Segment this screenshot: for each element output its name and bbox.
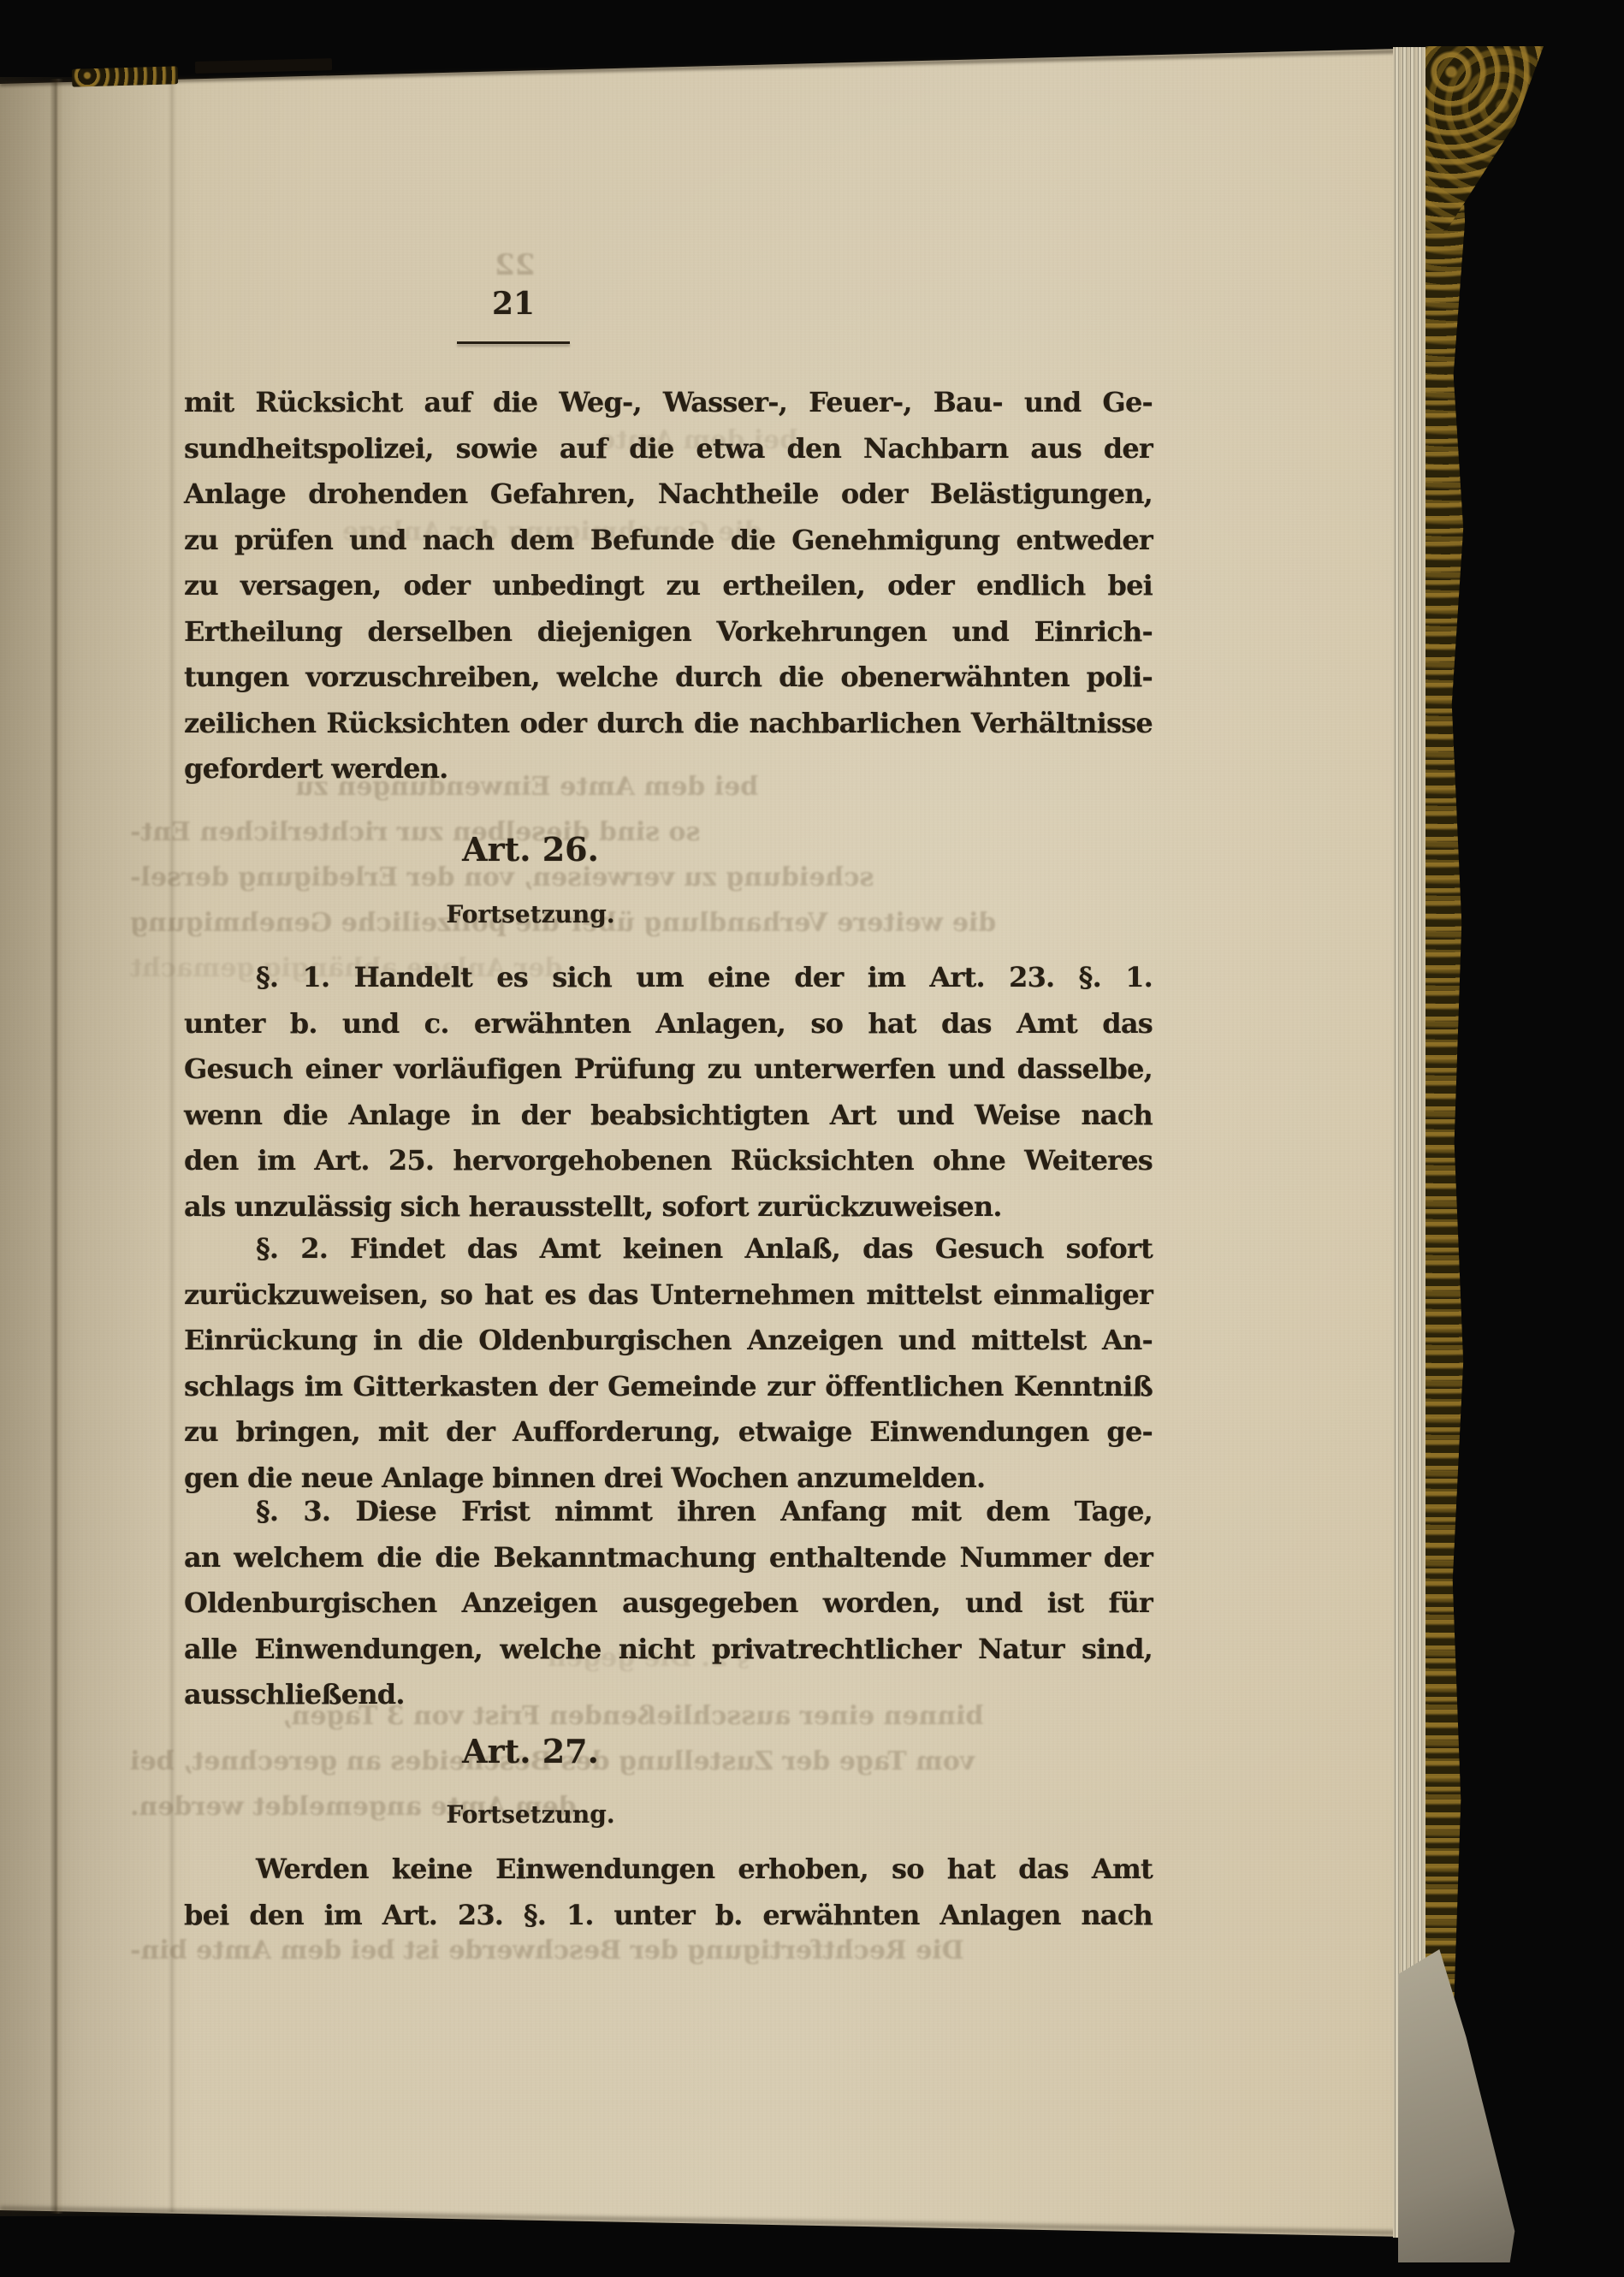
text-line: Werden keine Einwendungen erhoben, so ha… (184, 1847, 1153, 1893)
marbled-cover-edge (1425, 46, 1467, 2238)
text-line: zu versagen, oder unbedingt zu ertheilen… (184, 563, 1153, 609)
text-line: mit Rücksicht auf die Weg-, Wasser-, Feu… (184, 380, 1153, 426)
article-27-heading: Art. 27. (184, 1732, 877, 1770)
gutter-crease-secondary (168, 77, 176, 2212)
text-line: bei den im Art. 23. §. 1. unter b. erwäh… (184, 1893, 1153, 1939)
text-line: §. 3. Diese Frist nimmt ihren Anfang mit… (184, 1489, 1153, 1535)
page-number: 21 (184, 286, 843, 322)
text-line: den im Art. 25. hervorgehobenen Rücksich… (184, 1138, 1153, 1184)
cover-edge-fragment (195, 58, 332, 74)
text-line: Anlage drohenden Gefahren, Nachtheile od… (184, 471, 1153, 518)
section-3-paragraph: §. 3. Diese Frist nimmt ihren Anfang mit… (184, 1489, 1153, 1718)
text-line: ausschließend. (184, 1672, 1153, 1718)
text-line: alle Einwendungen, welche nicht privatre… (184, 1627, 1153, 1673)
text-line: sundheitspolizei, sowie auf die etwa den… (184, 426, 1153, 472)
article-26-subheading: Fortsetzung. (184, 900, 877, 928)
text-line: an welchem die die Bekanntmachung enthal… (184, 1535, 1153, 1581)
text-line: zeilichen Rücksichten oder durch die nac… (184, 701, 1153, 747)
marbled-cover-corner (1425, 46, 1544, 230)
section-2-paragraph: §. 2. Findet das Amt keinen Anlaß, das G… (184, 1226, 1153, 1501)
cover-edge-fragment (72, 66, 179, 86)
article-27-subheading: Fortsetzung. (184, 1800, 877, 1829)
text-line: tungen vorzuschreiben, welche durch die … (184, 655, 1153, 701)
bleedthrough-text: 22 (495, 248, 535, 282)
book-tail-edge (1398, 1949, 1520, 2262)
text-line: wenn die Anlage in der beabsichtigten Ar… (184, 1093, 1153, 1139)
text-line: Oldenburgischen Anzeigen ausgegeben word… (184, 1580, 1153, 1627)
section-1-paragraph: §. 1. Handelt es sich um eine der im Art… (184, 955, 1153, 1230)
book-scan: 22 bei dem Amte die Genehmigung der Anla… (0, 0, 1624, 2277)
page-fore-edge-stack (1393, 47, 1427, 2238)
closing-paragraph: Werden keine Einwendungen erhoben, so ha… (184, 1847, 1153, 1938)
text-line: gefordert werden. (184, 746, 1153, 792)
text-line: Ertheilung derselben diejenigen Vorkehru… (184, 609, 1153, 655)
text-line: schlags im Gitterkasten der Gemeinde zur… (184, 1364, 1153, 1410)
page-number-rule (457, 341, 570, 344)
text-line: zu prüfen und nach dem Befunde die Geneh… (184, 518, 1153, 564)
text-line: als unzulässig sich herausstellt, sofort… (184, 1184, 1153, 1230)
text-line: zu bringen, mit der Aufforderung, etwaig… (184, 1409, 1153, 1456)
article-26-heading: Art. 26. (184, 830, 877, 869)
text-line: §. 1. Handelt es sich um eine der im Art… (184, 955, 1153, 1001)
paragraph-continuation: mit Rücksicht auf die Weg-, Wasser-, Feu… (184, 380, 1153, 792)
gutter-crease (50, 79, 63, 2214)
text-line: §. 2. Findet das Amt keinen Anlaß, das G… (184, 1226, 1153, 1272)
bleedthrough-text: Die Rechtfertigung der Beschwerde ist be… (130, 1936, 964, 1966)
text-line: zurückzuweisen, so hat es das Unternehme… (184, 1272, 1153, 1319)
text-line: Einrückung in die Oldenburgischen Anzeig… (184, 1318, 1153, 1364)
text-line: Gesuch einer vorläufigen Prüfung zu unte… (184, 1047, 1153, 1093)
text-line: unter b. und c. erwähnten Anlagen, so ha… (184, 1001, 1153, 1047)
